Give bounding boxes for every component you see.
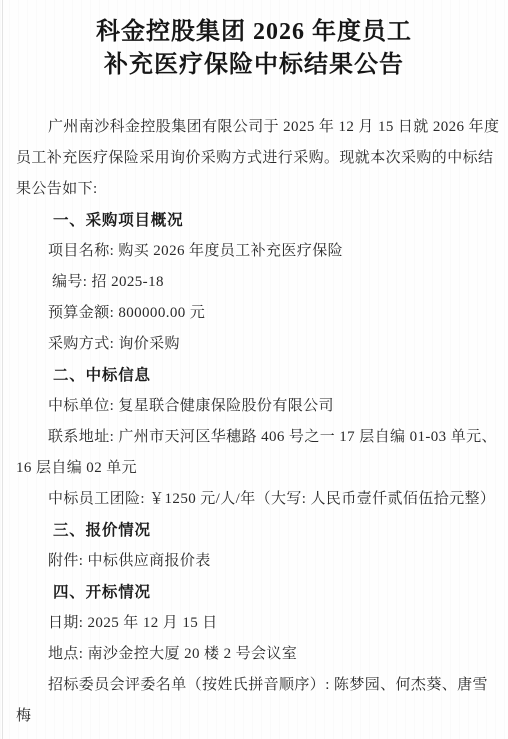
section-heading-bid-opening: 四、开标情况 bbox=[16, 577, 502, 608]
title-line-2: 补充医疗保险中标结果公告 bbox=[0, 49, 508, 82]
title-line-1: 科金控股集团 2026 年度员工 bbox=[0, 16, 508, 49]
document-title: 科金控股集团 2026 年度员工 补充医疗保险中标结果公告 bbox=[0, 16, 508, 82]
intro-line-2: 员工补充医疗保险采用询价采购方式进行采购。现就本次采购的中标结 bbox=[16, 143, 502, 174]
field-procurement-method: 采购方式: 询价采购 bbox=[16, 329, 502, 360]
scan-artifact-line bbox=[2, 0, 3, 739]
field-bid-opening-location: 地点: 南沙金控大厦 20 楼 2 号会议室 bbox=[16, 639, 502, 670]
field-award-premium: 中标员工团险: ￥1250 元/人/年（大写: 人民币壹仟贰佰伍拾元整） bbox=[16, 484, 502, 515]
section-heading-quotation: 三、报价情况 bbox=[16, 515, 502, 546]
field-evaluation-committee-continued: 梅 bbox=[16, 701, 502, 732]
intro-line-1: 广州南沙科金控股集团有限公司于 2025 年 12 月 15 日就 2026 年… bbox=[16, 112, 502, 143]
field-contact-address: 联系地址: 广州市天河区华穗路 406 号之一 17 层自编 01-03 单元、 bbox=[16, 422, 502, 453]
field-project-name: 项目名称: 购买 2026 年度员工补充医疗保险 bbox=[16, 236, 502, 267]
field-project-number: 编号: 招 2025-18 bbox=[16, 267, 502, 298]
field-attachment: 附件: 中标供应商报价表 bbox=[16, 546, 502, 577]
section-heading-award-info: 二、中标信息 bbox=[16, 360, 502, 391]
document-body: 广州南沙科金控股集团有限公司于 2025 年 12 月 15 日就 2026 年… bbox=[16, 112, 502, 732]
field-contact-address-continued: 16 层自编 02 单元 bbox=[16, 453, 502, 484]
intro-line-3: 果公告如下: bbox=[16, 174, 502, 205]
field-bid-opening-date: 日期: 2025 年 12 月 15 日 bbox=[16, 608, 502, 639]
section-heading-procurement-overview: 一、采购项目概况 bbox=[16, 205, 502, 236]
document-page: 科金控股集团 2026 年度员工 补充医疗保险中标结果公告 广州南沙科金控股集团… bbox=[0, 0, 508, 739]
field-budget-amount: 预算金额: 800000.00 元 bbox=[16, 298, 502, 329]
field-evaluation-committee: 招标委员会评委名单（按姓氏拼音顺序）: 陈梦园、何杰葵、唐雪 bbox=[16, 670, 502, 701]
field-award-supplier: 中标单位: 复星联合健康保险股份有限公司 bbox=[16, 391, 502, 422]
